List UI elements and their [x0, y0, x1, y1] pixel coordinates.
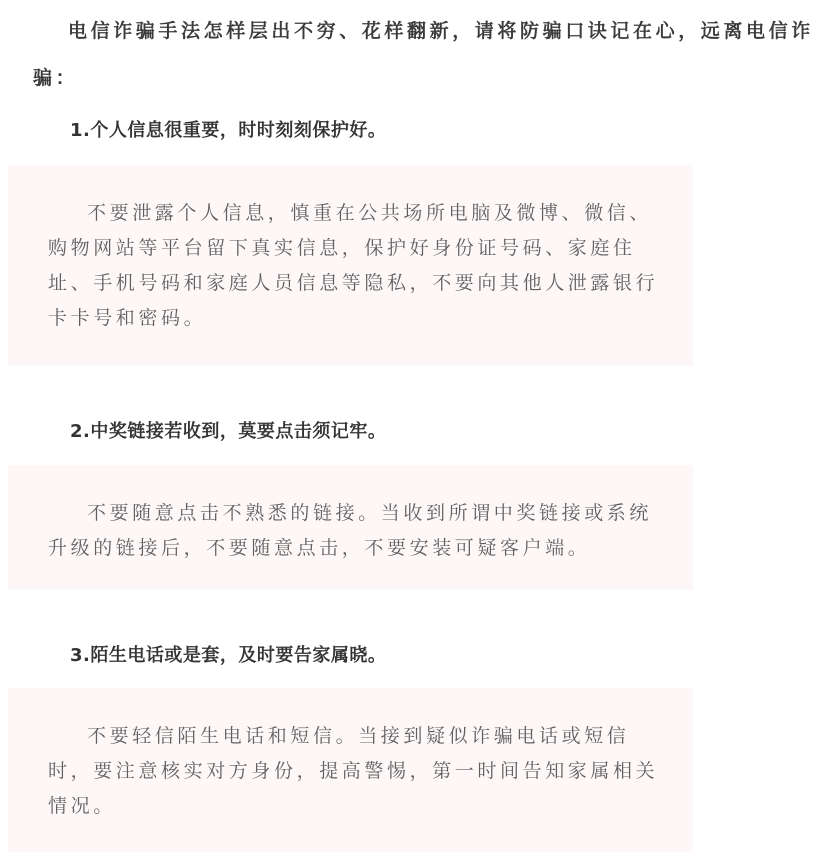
intro-paragraph: 电信诈骗手法怎样层出不穷、花样翻新，请将防骗口诀记在心，远离电信诈骗：: [33, 8, 825, 102]
section-1-tip-box: 不要泄露个人信息，慎重在公共场所电脑及微博、微信、购物网站等平台留下真实信息，保…: [8, 165, 693, 366]
section-1-body: 不要泄露个人信息，慎重在公共场所电脑及微博、微信、购物网站等平台留下真实信息，保…: [48, 196, 663, 336]
section-2-body: 不要随意点击不熟悉的链接。当收到所谓中奖链接或系统升级的链接后，不要随意点击，不…: [48, 496, 663, 566]
section-2-heading: 2.中奖链接若收到，莫要点击须记牢。: [70, 419, 386, 445]
section-3-tip-box: 不要轻信陌生电话和短信。当接到疑似诈骗电话或短信时，要注意核实对方身份，提高警惕…: [8, 688, 693, 852]
section-2-tip-box: 不要随意点击不熟悉的链接。当收到所谓中奖链接或系统升级的链接后，不要随意点击，不…: [8, 465, 693, 590]
section-3-body: 不要轻信陌生电话和短信。当接到疑似诈骗电话或短信时，要注意核实对方身份，提高警惕…: [48, 719, 663, 824]
section-1-heading: 1.个人信息很重要，时时刻刻保护好。: [70, 118, 386, 144]
section-3-heading: 3.陌生电话或是套，及时要告家属晓。: [70, 643, 386, 669]
